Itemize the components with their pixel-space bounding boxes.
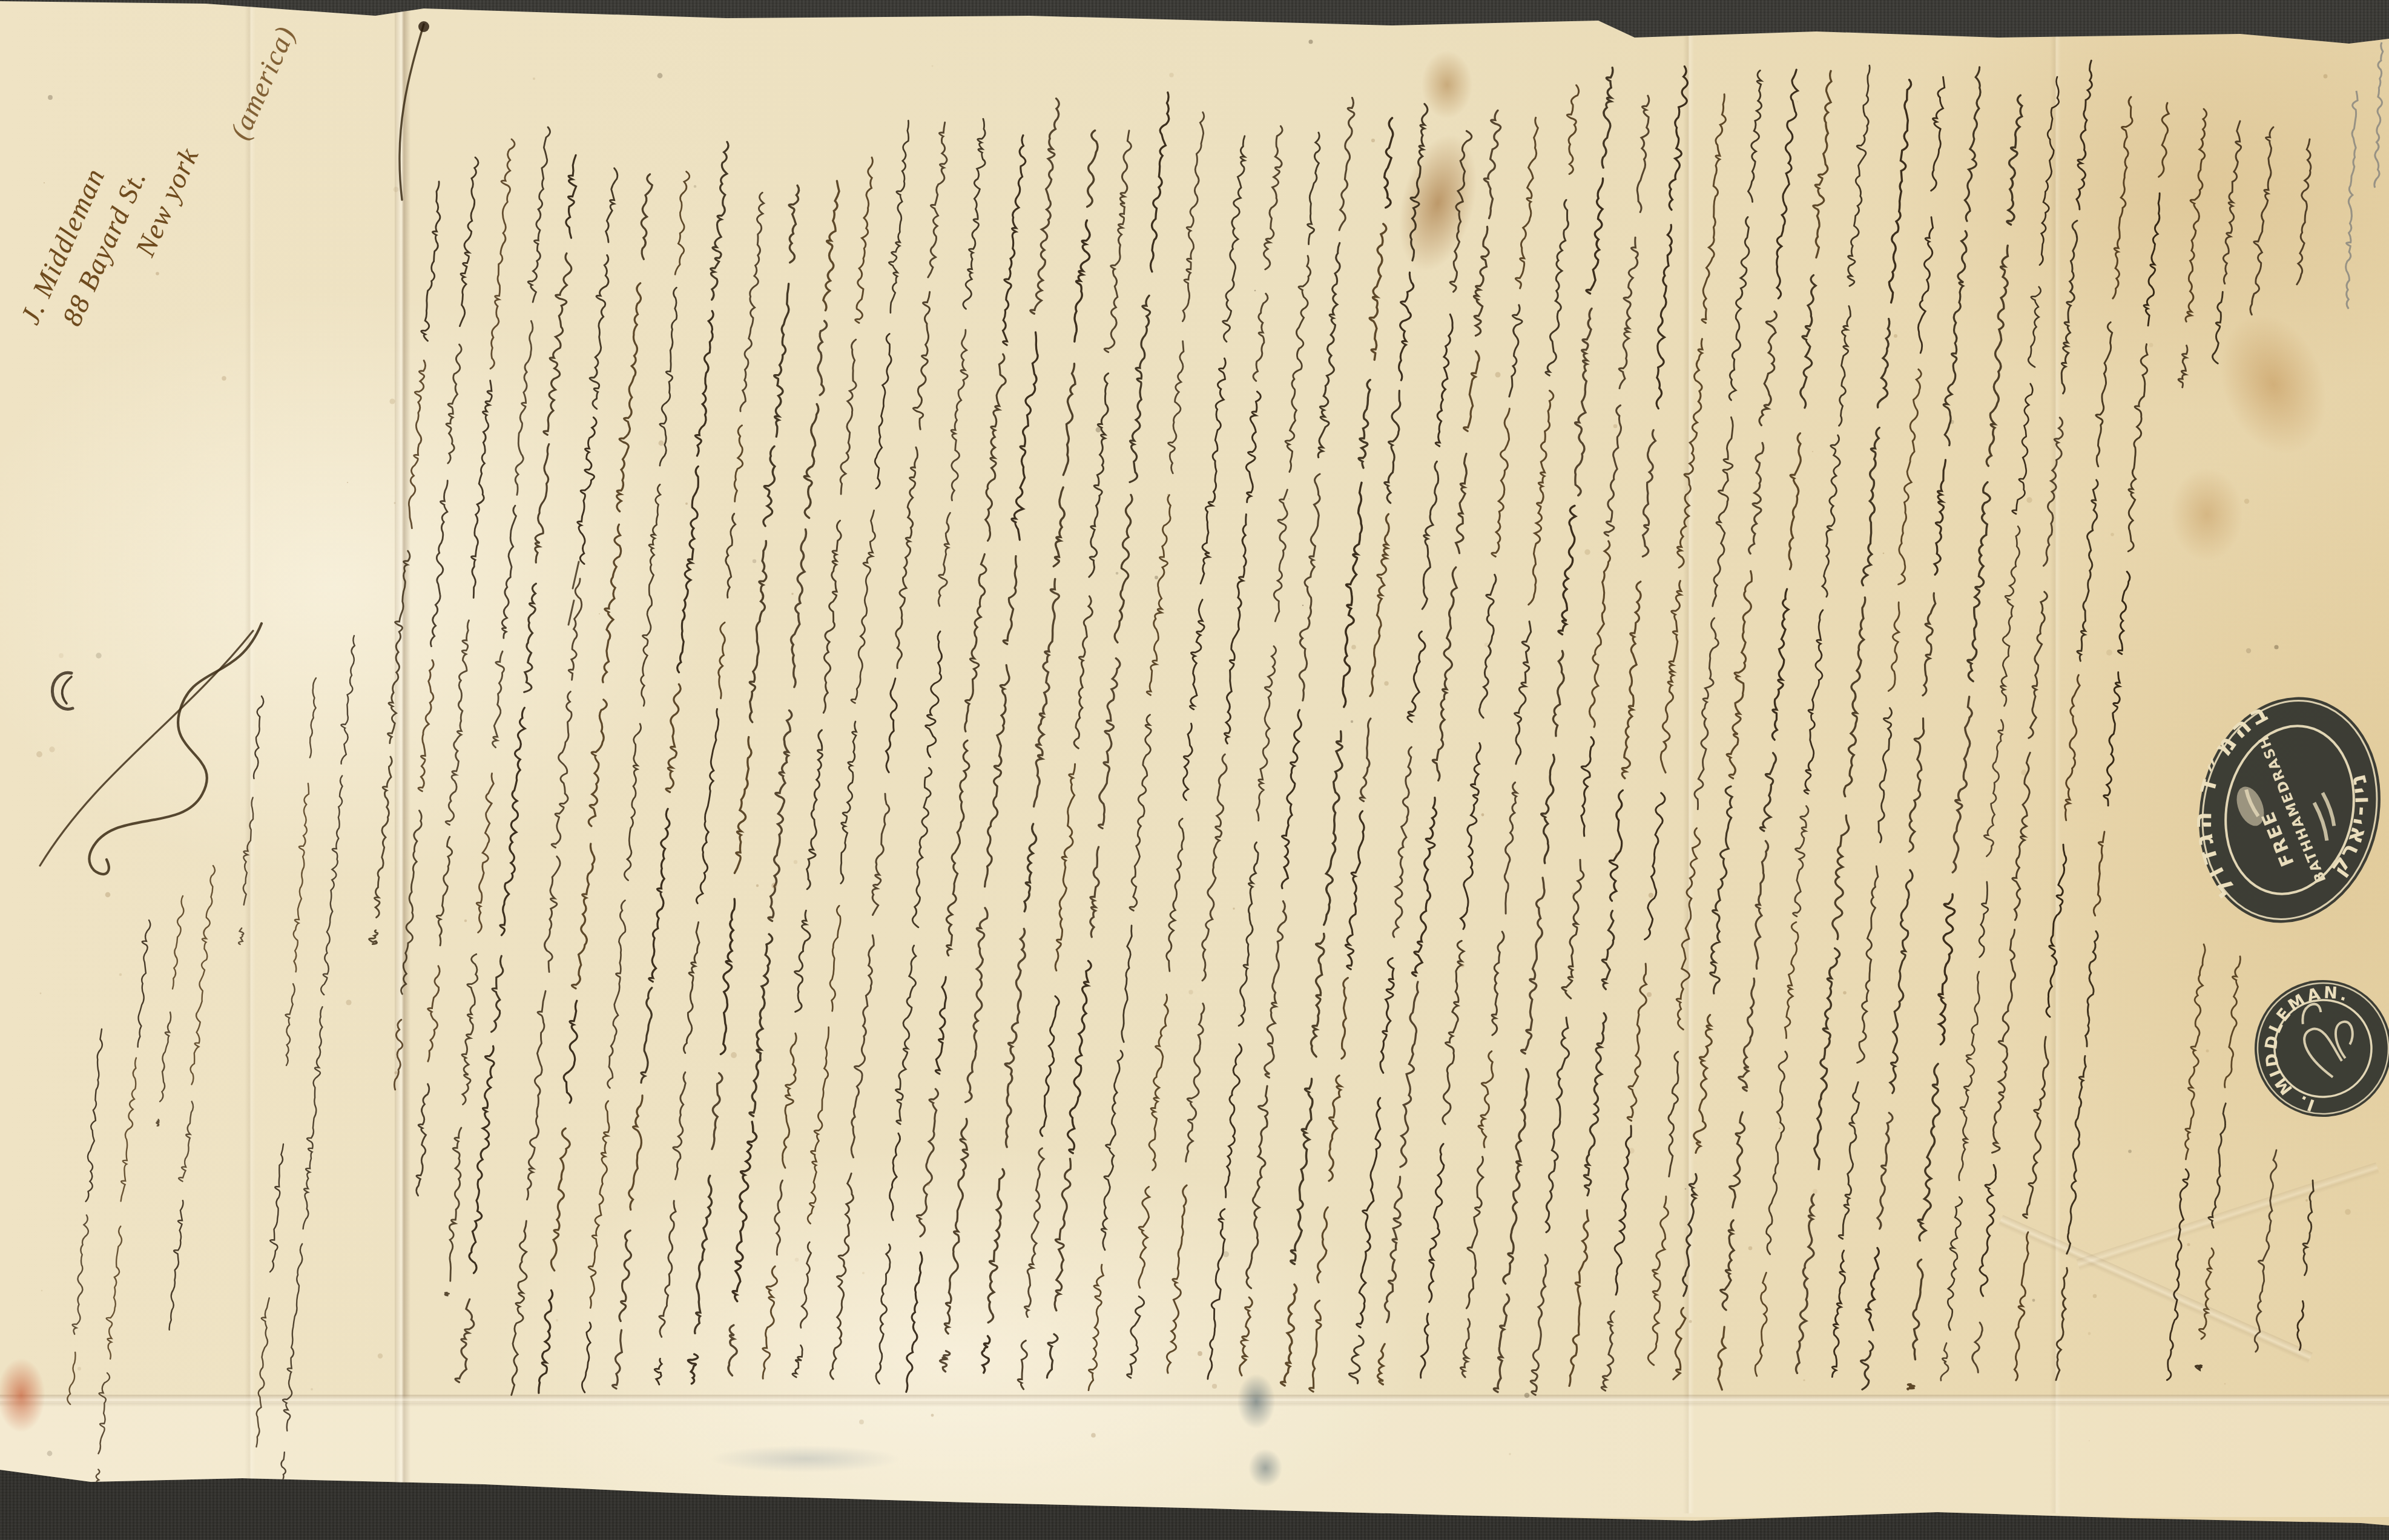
signature-flourish xyxy=(40,624,262,874)
letter-paper: J. Middleman 88 Bayard St. New york (ame… xyxy=(0,0,2389,1540)
paper-freckles xyxy=(36,40,2351,1456)
congregation-seal-stamp: בהמ״ד הגדול ניו-יארק FREE BATHHAMEDRASH xyxy=(2167,677,2389,939)
handwriting-layer xyxy=(40,21,2383,1495)
manuscript-layer: בהמ״ד הגדול ניו-יארק FREE BATHHAMEDRASH xyxy=(0,0,2389,1540)
middleman-name-stamp: I. MIDDLEMAN. xyxy=(2237,962,2389,1135)
scan-background: J. Middleman 88 Bayard St. New york (ame… xyxy=(0,0,2389,1540)
pencil-note xyxy=(2346,42,2383,309)
